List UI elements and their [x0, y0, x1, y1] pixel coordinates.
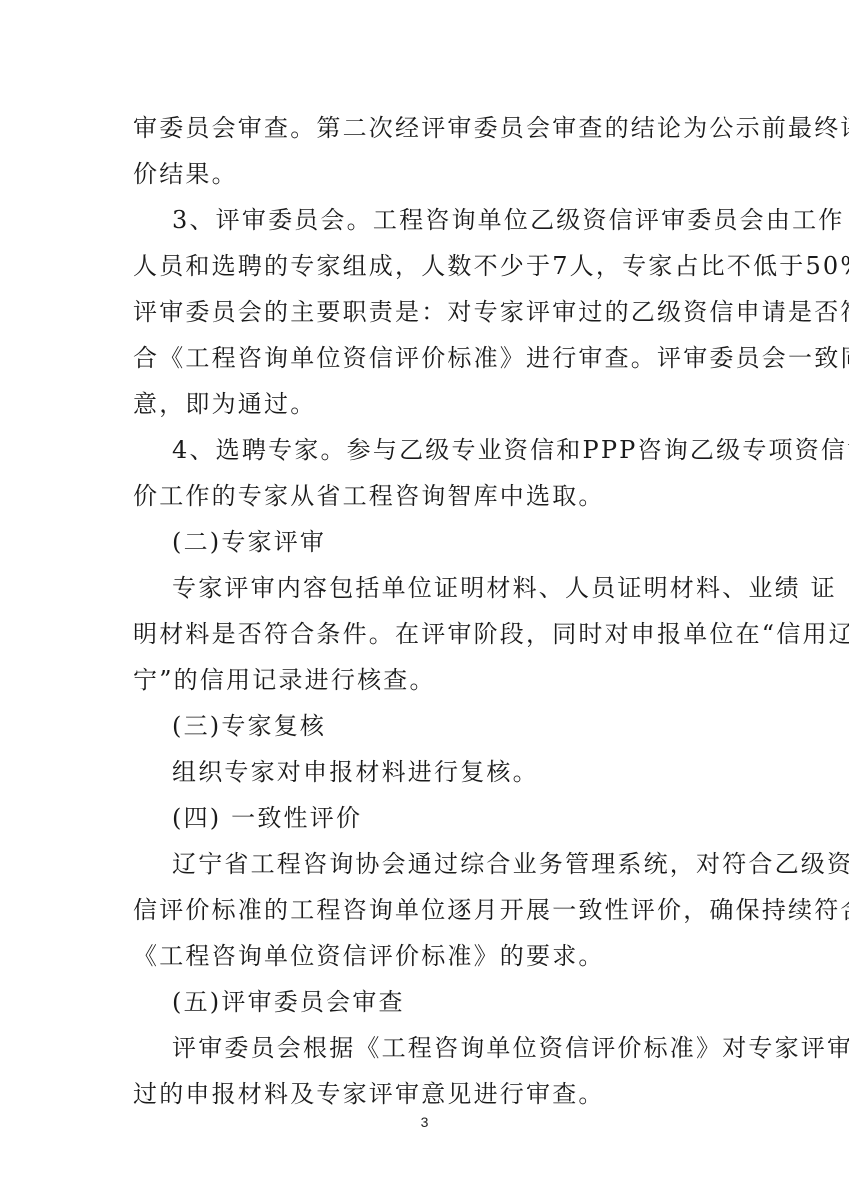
paragraph-line: 3、评审委员会。工程咨询单位乙级资信评审委员会由工作 [172, 205, 762, 235]
section-heading: (二)专家评审 [172, 527, 762, 557]
paragraph-line: 组织专家对申报材料进行复核。 [172, 757, 762, 787]
paragraph-line: 人员和选聘的专家组成，人数不少于7人，专家占比不低于50%。 [133, 251, 723, 281]
paragraph-line: 合《工程咨询单位资信评价标准》进行审查。评审委员会一致同 [133, 343, 723, 373]
section-heading: (四) 一致性评价 [172, 803, 762, 833]
section-heading: (五)评审委员会审查 [172, 987, 762, 1017]
paragraph-line: 审委员会审查。第二次经评审委员会审查的结论为公示前最终评 [133, 113, 723, 143]
paragraph-line: 《工程咨询单位资信评价标准》的要求。 [133, 941, 723, 971]
page-number: 3 [0, 1114, 849, 1130]
section-heading: (三)专家复核 [172, 711, 762, 741]
paragraph-line: 评审委员会根据《工程咨询单位资信评价标准》对专家评审 [172, 1033, 762, 1063]
paragraph-line: 价工作的专家从省工程咨询智库中选取。 [133, 481, 723, 511]
paragraph-line: 专家评审内容包括单位证明材料、人员证明材料、业绩 证 [172, 573, 762, 603]
paragraph-line: 过的申报材料及专家评审意见进行审查。 [133, 1079, 723, 1109]
document-page: 审委员会审查。第二次经评审委员会审查的结论为公示前最终评 价结果。 3、评审委员… [0, 0, 849, 1200]
paragraph-line: 意，即为通过。 [133, 389, 723, 419]
paragraph-line: 辽宁省工程咨询协会通过综合业务管理系统，对符合乙级资 [172, 849, 762, 879]
paragraph-line: 宁”的信用记录进行核查。 [133, 665, 723, 695]
paragraph-line: 4、选聘专家。参与乙级专业资信和PPP咨询乙级专项资信评 [172, 435, 762, 465]
paragraph-line: 信评价标准的工程咨询单位逐月开展一致性评价，确保持续符合 [133, 895, 723, 925]
paragraph-line: 价结果。 [133, 159, 723, 189]
paragraph-line: 明材料是否符合条件。在评审阶段，同时对申报单位在“信用辽 [133, 619, 723, 649]
paragraph-line: 评审委员会的主要职责是：对专家评审过的乙级资信申请是否符 [133, 297, 723, 327]
